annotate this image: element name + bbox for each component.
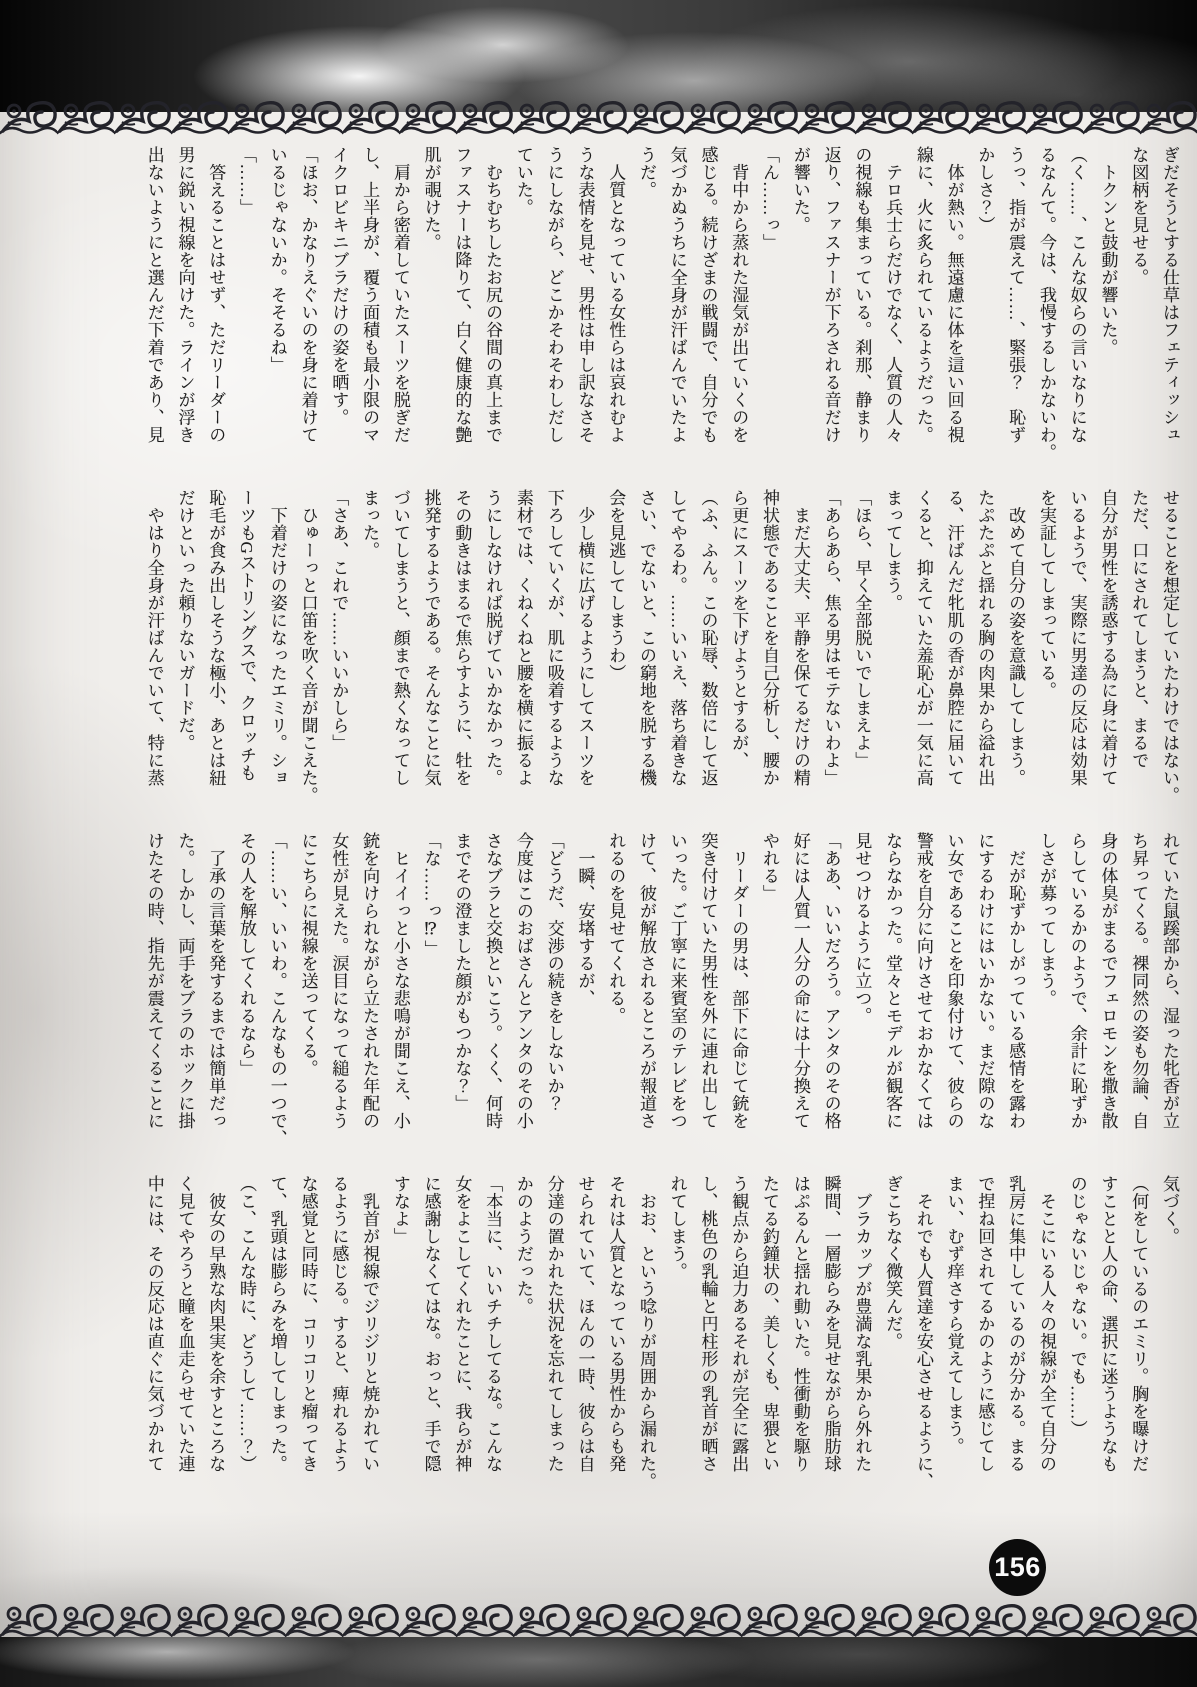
book-page: ぎだそうとする仕草はフェティッシュ な図柄を見せる。 トクンと鼓動が響いた。 （… xyxy=(0,0,1197,1687)
cloud-photo-bottom xyxy=(0,1637,1197,1687)
page-number-badge: 156 xyxy=(989,1539,1046,1596)
text-band-2: せることを想定していたわけではない。 ただ、口にされてしまうと、まるで 自分が男… xyxy=(128,489,1184,829)
text-band-3: れていた鼠蹊部から、湿った牝香が立 ち昇ってくる。裸同然の姿も勿論、自 身の体臭… xyxy=(128,832,1184,1172)
wave-border-top xyxy=(0,96,1197,140)
text-band-1: ぎだそうとする仕草はフェティッシュ な図柄を見せる。 トクンと鼓動が響いた。 （… xyxy=(128,146,1184,486)
page-number-text: 156 xyxy=(994,1552,1041,1583)
text-band-4: 気づく。 （何をしているのエミリ。胸を曝けだ すことと人の命、選択に迷うようなも… xyxy=(128,1175,1184,1515)
